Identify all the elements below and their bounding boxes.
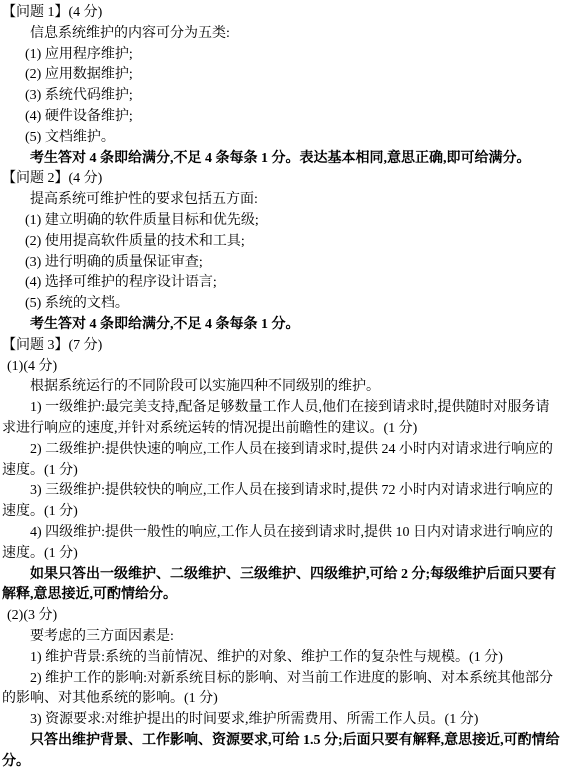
answer-intro: 根据系统运行的不同阶段可以实施四种不同级别的维护。 <box>2 377 563 398</box>
question-2-heading: 【问题 2】(4 分) <box>2 169 563 190</box>
scoring-note: 如果只答出一级维护、二级维护、三级维护、四级维护,可给 2 分;每级维护后面只要… <box>2 565 563 607</box>
answer-paragraph: 2) 二级维护:提供快速的响应,工作人员在接到请求时,提供 24 小时内对请求进… <box>2 440 563 482</box>
sub-question-heading: (2)(3 分) <box>2 606 563 627</box>
answer-item: (5) 系统的文档。 <box>2 294 563 315</box>
answer-intro: 要考虑的三方面因素是: <box>2 627 563 648</box>
answer-item: (2) 使用提高软件质量的技术和工具; <box>2 232 563 253</box>
answer-intro: 信息系统维护的内容可分为五类: <box>2 24 563 45</box>
scoring-note: 只答出维护背景、工作影响、资源要求,可给 1.5 分;后面只要有解释,意思接近,… <box>2 731 563 772</box>
document-page: 【问题 1】(4 分)信息系统维护的内容可分为五类:(1) 应用程序维护;(2)… <box>0 0 565 772</box>
answer-item: (3) 进行明确的质量保证审查; <box>2 253 563 274</box>
answer-item: (2) 应用数据维护; <box>2 65 563 86</box>
answer-item: (1) 建立明确的软件质量目标和优先级; <box>2 211 563 232</box>
answer-intro: 提高系统可维护性的要求包括五方面: <box>2 190 563 211</box>
scoring-note: 考生答对 4 条即给满分,不足 4 条每条 1 分。 <box>2 315 563 336</box>
answer-paragraph: 1) 一级维护:最完美支持,配备足够数量工作人员,他们在接到请求时,提供随时对服… <box>2 398 563 440</box>
document-body: 【问题 1】(4 分)信息系统维护的内容可分为五类:(1) 应用程序维护;(2)… <box>2 3 563 772</box>
answer-paragraph: 2) 维护工作的影响:对新系统目标的影响、对当前工作进度的影响、对本系统其他部分… <box>2 669 563 711</box>
answer-item: (4) 选择可维护的程序设计语言; <box>2 273 563 294</box>
question-3-heading: 【问题 3】(7 分) <box>2 336 563 357</box>
answer-item: (1) 应用程序维护; <box>2 45 563 66</box>
answer-item: (4) 硬件设备维护; <box>2 107 563 128</box>
answer-paragraph: 1) 维护背景:系统的当前情况、维护的对象、维护工作的复杂性与规模。(1 分) <box>2 648 563 669</box>
sub-question-heading: (1)(4 分) <box>2 357 563 378</box>
answer-paragraph: 3) 三级维护:提供较快的响应,工作人员在接到请求时,提供 72 小时内对请求进… <box>2 481 563 523</box>
question-1-heading: 【问题 1】(4 分) <box>2 3 563 24</box>
answer-paragraph: 3) 资源要求:对维护提出的时间要求,维护所需费用、所需工作人员。(1 分) <box>2 710 563 731</box>
answer-item: (3) 系统代码维护; <box>2 86 563 107</box>
answer-paragraph: 4) 四级维护:提供一般性的响应,工作人员在接到请求时,提供 10 日内对请求进… <box>2 523 563 565</box>
scoring-note: 考生答对 4 条即给满分,不足 4 条每条 1 分。表达基本相同,意思正确,即可… <box>2 149 563 170</box>
answer-item: (5) 文档维护。 <box>2 128 563 149</box>
